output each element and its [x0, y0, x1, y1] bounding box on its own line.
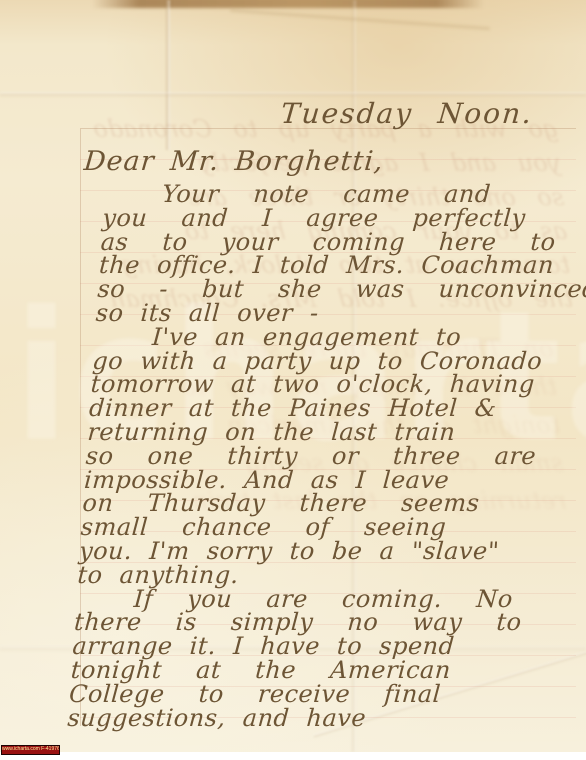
letter-line: If you are coming. No: [75, 585, 571, 609]
letter-line: tonight at the American: [70, 656, 566, 680]
paper-top-edge-shadow: [92, 0, 484, 8]
letter-line: returning on the last train: [87, 418, 583, 442]
fold-crease-horizontal-top: [0, 92, 586, 96]
letter-line: I've an engagement to: [93, 323, 586, 347]
letter-body: Your note came and you and I agree perfe…: [67, 180, 586, 727]
letter-line: small chance of seeing: [80, 513, 576, 537]
letter-line: the office. I told Mrs. Coachman: [98, 251, 586, 275]
letter-line: Your note came and: [103, 180, 586, 204]
watermark-banner: www.icharta.com F-419764: [1, 745, 60, 755]
letter-dateline: Tuesday Noon.: [280, 97, 535, 130]
letter-line: tomorrow at two o'clock, having: [90, 370, 586, 394]
letter-paper: go with a party up to Coronado you and I…: [0, 0, 586, 752]
letter-line: so one thirty or three are: [85, 442, 581, 466]
fold-crease-diagonal-top: [230, 9, 490, 30]
letter-line: so - but she was unconvinced: [97, 275, 586, 299]
letter-line: there is simply no way to: [74, 608, 570, 632]
letter-line: College to receive final: [69, 680, 565, 704]
letter-line: you. I'm sorry to be a "slave": [79, 537, 575, 561]
letter-salutation: Dear Mr. Borghetti,: [83, 146, 385, 177]
letter-line: as to your coming here to: [100, 228, 586, 252]
letter-line: you and I agree perfectly: [102, 204, 586, 228]
letter-line: go with a party up to Coronado: [92, 347, 586, 371]
scanned-letter-photo: go with a party up to Coronado you and I…: [0, 0, 586, 760]
letter-line: on Thursday there seems: [82, 489, 578, 513]
letter-line: suggestions, and have: [67, 704, 563, 728]
